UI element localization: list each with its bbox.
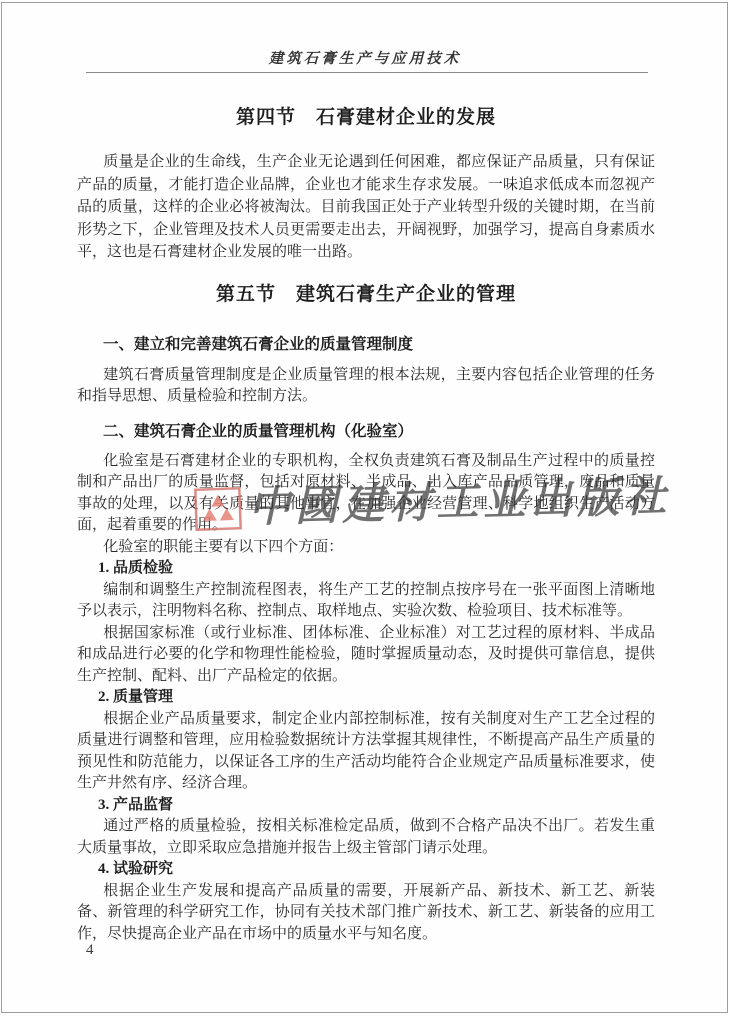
item-4-paragraph-1: 根据企业生产发展和提高产品质量的需要，开展新产品、新技术、新工艺、新装备、新管理… — [77, 881, 655, 946]
subsection-1-heading: 一、建立和完善建筑石膏企业的质量管理制度 — [77, 334, 655, 356]
item-2-paragraph-1: 根据企业产品质量要求，制定企业内部控制标准，按有关制度对生产工艺全过程的质量进行… — [77, 709, 655, 795]
item-1-heading: 1. 品质检验 — [77, 558, 655, 580]
page-content: 第四节 石膏建材企业的发展 质量是企业的生命线，生产企业无论遇到任何困难，都应保… — [77, 90, 655, 945]
running-head: 建筑石膏生产与应用技术 — [0, 47, 730, 68]
subsection-2-heading: 二、建筑石膏企业的质量管理机构（化验室） — [77, 421, 655, 443]
item-3-paragraph-1: 通过严格的质量检验，按相关标准检定品质，做到不合格产品决不出厂。若发生重大质量事… — [77, 816, 655, 859]
item-3-heading: 3. 产品监督 — [77, 795, 655, 817]
header-rule — [86, 72, 648, 73]
document-page: 建筑石膏生产与应用技术 第四节 石膏建材企业的发展 质量是企业的生命线，生产企业… — [0, 0, 730, 1016]
item-2-heading: 2. 质量管理 — [77, 687, 655, 709]
subsection-2-paragraph-1: 化验室是石膏建材企业的专职机构，全权负责建筑石膏及制品生产过程中的质量控制和产品… — [77, 451, 655, 537]
item-1-paragraph-2: 根据国家标准（或行业标准、团体标准、企业标准）对工艺过程的原材料、半成品和成品进… — [77, 623, 655, 688]
section-5-title: 第五节 建筑石膏生产企业的管理 — [77, 279, 655, 306]
subsection-2-paragraph-2: 化验室的职能主要有以下四个方面： — [77, 537, 655, 559]
subsection-1-paragraph: 建筑石膏质量管理制度是企业质量管理的根本法规，主要内容包括企业管理的任务和指导思… — [77, 365, 655, 408]
page-number: 4 — [86, 942, 94, 959]
item-1-paragraph-1: 编制和调整生产控制流程图表，将生产工艺的控制点按序号在一张平面图上清晰地予以表示… — [77, 580, 655, 623]
item-4-heading: 4. 试验研究 — [77, 859, 655, 881]
section-4-paragraph: 质量是企业的生命线，生产企业无论遇到任何困难，都应保证产品质量，只有保证产品的质… — [77, 151, 655, 264]
section-4-title: 第四节 石膏建材企业的发展 — [77, 102, 655, 129]
